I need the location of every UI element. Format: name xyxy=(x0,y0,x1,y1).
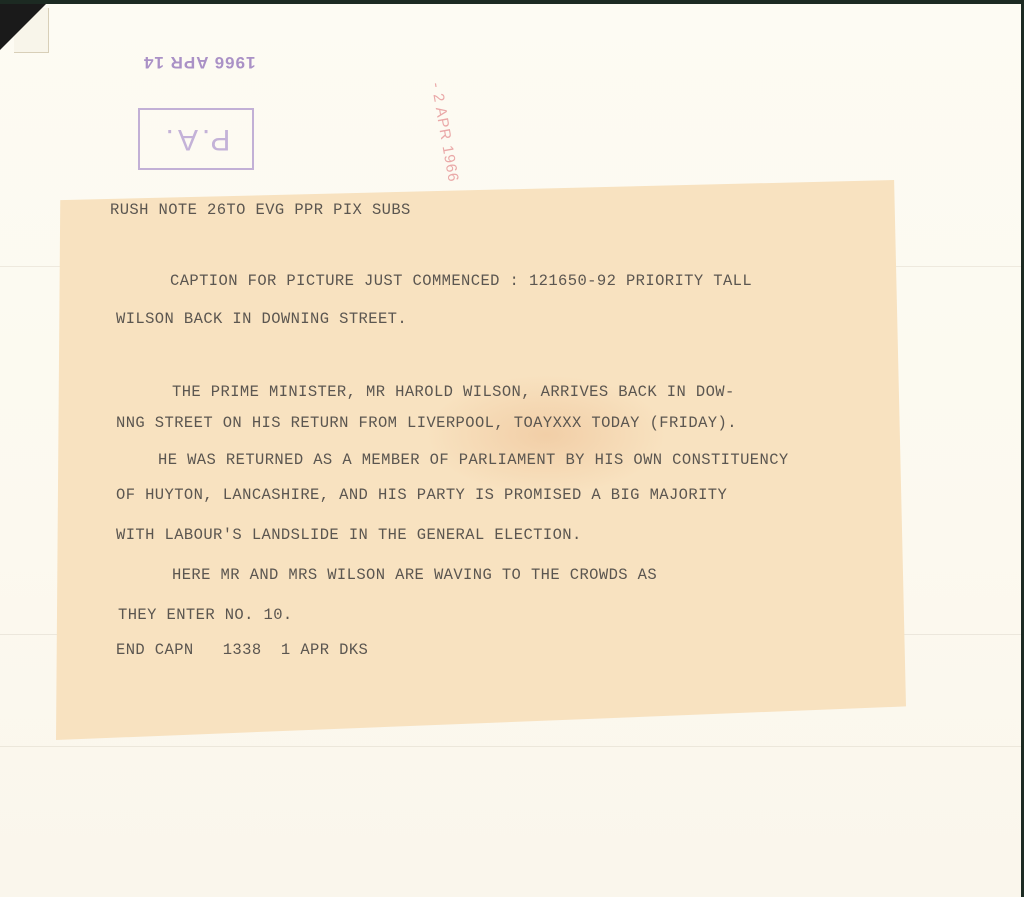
caption-line: HE WAS RETURNED AS A MEMBER OF PARLIAMEN… xyxy=(158,451,789,469)
caption-line: OF HUYTON, LANCASHIRE, AND HIS PARTY IS … xyxy=(116,486,727,504)
caption-line: THEY ENTER NO. 10. xyxy=(118,606,293,624)
caption-line: WITH LABOUR'S LANDSLIDE IN THE GENERAL E… xyxy=(116,526,582,544)
caption-header: RUSH NOTE 26TO EVG PPR PIX SUBS xyxy=(110,201,411,219)
caption-footer: END CAPN 1338 1 APR DKS xyxy=(116,641,368,659)
received-date-stamp: 1966 APR 14 xyxy=(143,52,255,72)
caption-line: NNG STREET ON HIS RETURN FROM LIVERPOOL,… xyxy=(116,414,737,432)
caption-line: THE PRIME MINISTER, MR HAROLD WILSON, AR… xyxy=(172,383,735,401)
photo-back-card: 1966 APR 14 P.A. - 2 APR 1966 RUSH NOTE … xyxy=(0,4,1021,897)
agency-stamp-text: P.A. xyxy=(162,122,231,156)
caption-line: WILSON BACK IN DOWNING STREET. xyxy=(116,310,407,328)
faint-line xyxy=(0,746,1021,747)
corner-shadow xyxy=(0,4,46,50)
agency-stamp: P.A. xyxy=(138,108,254,170)
caption-line: HERE MR AND MRS WILSON ARE WAVING TO THE… xyxy=(172,566,657,584)
caption-line: CAPTION FOR PICTURE JUST COMMENCED : 121… xyxy=(170,272,752,290)
red-date-stamp: - 2 APR 1966 xyxy=(427,81,461,184)
